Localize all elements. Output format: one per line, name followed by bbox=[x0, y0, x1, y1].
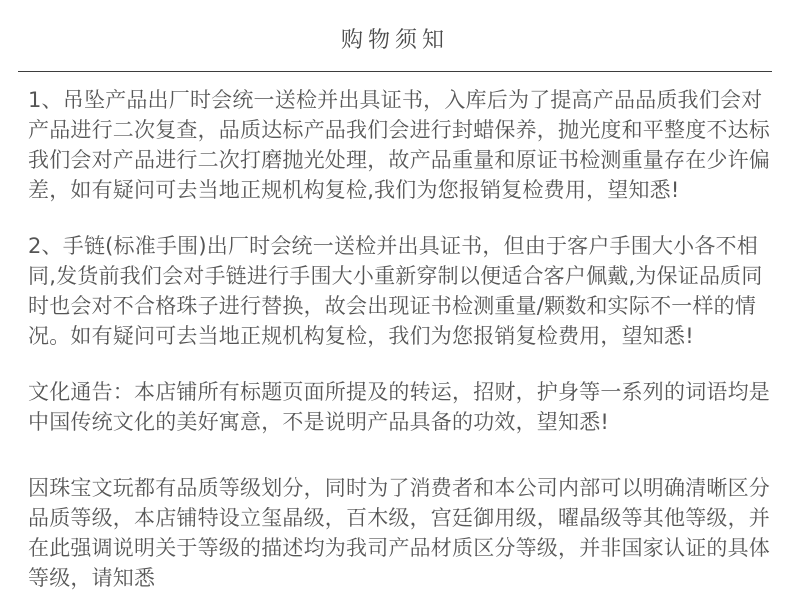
notice-line: 在此强调说明关于等级的描述均为我司产品材质区分等级，并非国家认证的具体 bbox=[28, 533, 766, 563]
notice-content: 1、吊坠产品出厂时会统一送检并出具证书，入库后为了提高产品品质我们会对 产品进行… bbox=[0, 72, 790, 593]
notice-paragraph-pendant: 1、吊坠产品出厂时会统一送检并出具证书，入库后为了提高产品品质我们会对 产品进行… bbox=[28, 85, 766, 205]
notice-line: 产品进行二次复查，品质达标产品我们会进行封蜡保养，抛光度和平整度不达标 bbox=[28, 115, 766, 145]
notice-line: 中国传统文化的美好寓意，不是说明产品具备的功效，望知悉! bbox=[28, 407, 766, 437]
notice-line: 差，如有疑问可去当地正规机构复检,我们为您报销复检费用，望知悉! bbox=[28, 175, 766, 205]
notice-paragraph-bracelet: 2、手链(标准手围)出厂时会统一送检并出具证书，但由于客户手围大小各不相 同,发… bbox=[28, 231, 766, 351]
notice-line: 品质等级，本店铺特设立玺晶级，百木级，宫廷御用级，曜晶级等其他等级，并 bbox=[28, 503, 766, 533]
shopping-notice-page: 购物须知 1、吊坠产品出厂时会统一送检并出具证书，入库后为了提高产品品质我们会对… bbox=[0, 0, 790, 613]
notice-line: 同,发货前我们会对手链进行手围大小重新穿制以便适合客户佩戴,为保证品质同 bbox=[28, 261, 766, 291]
notice-line: 文化通告：本店铺所有标题页面所提及的转运，招财，护身等一系列的词语均是 bbox=[28, 377, 766, 407]
notice-line: 因珠宝文玩都有品质等级划分，同时为了消费者和本公司内部可以明确清晰区分 bbox=[28, 473, 766, 503]
notice-line: 等级，请知悉 bbox=[28, 563, 766, 593]
notice-line: 况。如有疑问可去当地正规机构复检，我们为您报销复检费用，望知悉! bbox=[28, 321, 766, 351]
notice-line: 我们会对产品进行二次打磨抛光处理，故产品重量和原证书检测重量存在少许偏 bbox=[28, 145, 766, 175]
page-title: 购物须知 bbox=[0, 0, 790, 52]
notice-paragraph-culture: 文化通告：本店铺所有标题页面所提及的转运，招财，护身等一系列的词语均是 中国传统… bbox=[28, 377, 766, 437]
notice-line: 1、吊坠产品出厂时会统一送检并出具证书，入库后为了提高产品品质我们会对 bbox=[28, 85, 766, 115]
notice-line: 时也会对不合格珠子进行替换，故会出现证书检测重量/颗数和实际不一样的情 bbox=[28, 291, 766, 321]
notice-line: 2、手链(标准手围)出厂时会统一送检并出具证书，但由于客户手围大小各不相 bbox=[28, 231, 766, 261]
notice-paragraph-grades: 因珠宝文玩都有品质等级划分，同时为了消费者和本公司内部可以明确清晰区分 品质等级… bbox=[28, 473, 766, 593]
